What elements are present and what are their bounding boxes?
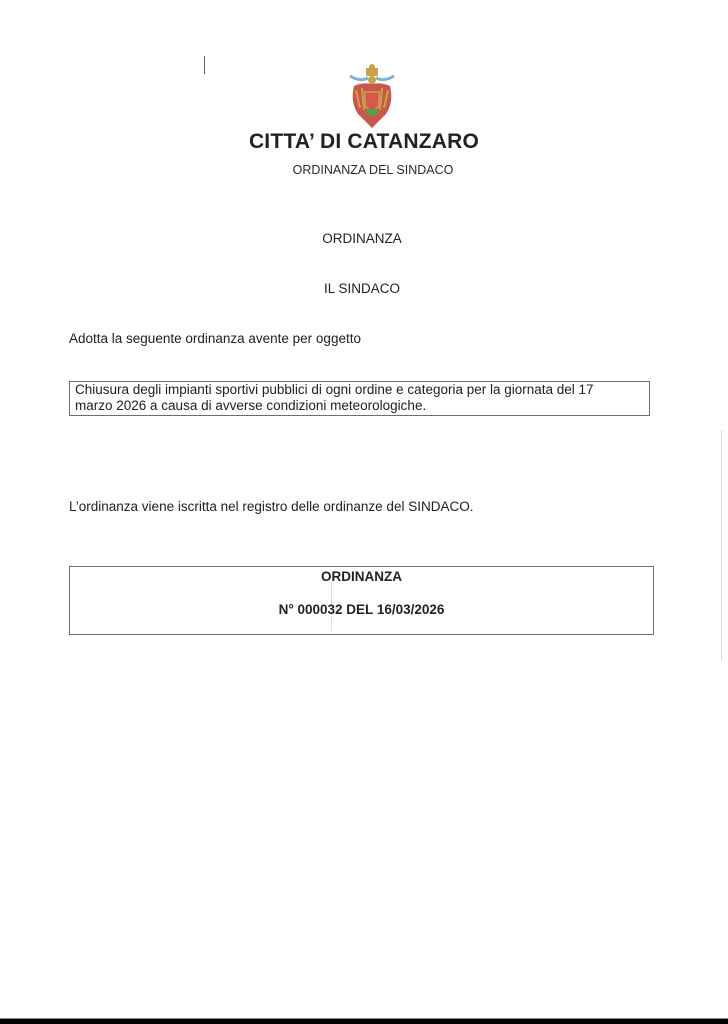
authority-heading: IL SINDACO	[0, 281, 724, 296]
coat-of-arms-icon	[346, 62, 398, 130]
ordinance-number-box: ORDINANZA N° 000032 DEL 16/03/2026	[69, 566, 654, 635]
document-page: CITTA’ DI CATANZARO ORDINANZA DEL SINDAC…	[0, 0, 728, 1018]
intro-text: Adotta la seguente ordinanza avente per …	[69, 331, 361, 346]
city-title: CITTA’ DI CATANZARO	[0, 130, 728, 154]
document-heading: ORDINANZA	[0, 231, 724, 246]
registry-note: L’ordinanza viene iscritta nel registro …	[69, 499, 473, 514]
subject-line: marzo 2026 a causa di avverse condizioni…	[75, 398, 644, 414]
bottom-edge-bar	[0, 1018, 728, 1024]
document-subtitle: ORDINANZA DEL SINDACO	[0, 163, 728, 177]
ordinance-box-title: ORDINANZA	[70, 569, 653, 584]
scan-artifact-edge	[721, 430, 722, 660]
subject-line: Chiusura degli impianti sportivi pubblic…	[75, 382, 644, 398]
ordinance-number: N° 000032 DEL 16/03/2026	[70, 602, 653, 617]
scan-artifact-mark	[204, 56, 205, 74]
subject-box: Chiusura degli impianti sportivi pubblic…	[69, 381, 650, 416]
